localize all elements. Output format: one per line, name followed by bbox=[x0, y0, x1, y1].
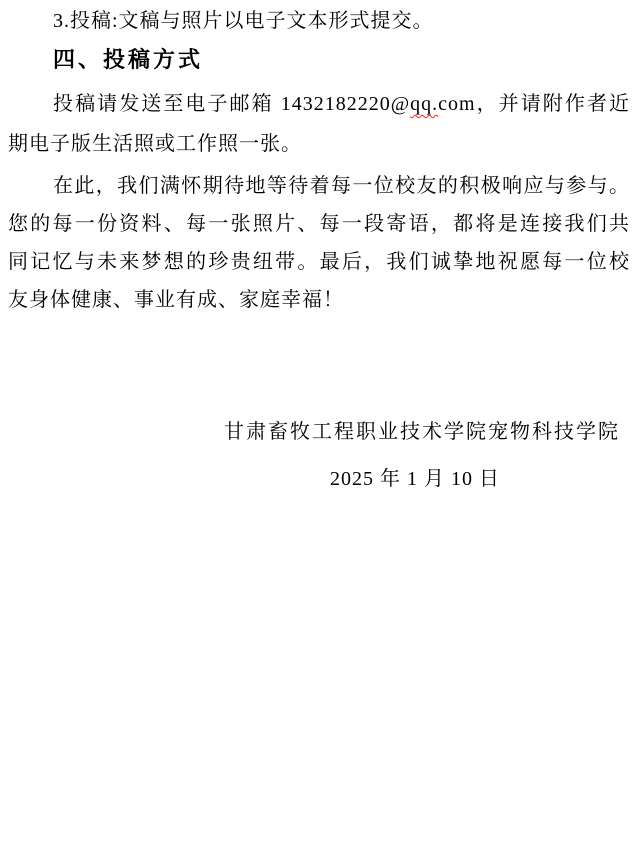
submission-paragraph-line-2: 期电子版生活照或工作照一张。 bbox=[8, 131, 630, 157]
submission-paragraph-line-1: 投稿请发送至电子邮箱 1432182220@qq.com，并请附作者近 bbox=[8, 91, 630, 117]
submission-text-after-email-domain: com，并请附作者近 bbox=[438, 93, 630, 115]
submission-text-before-email-domain: 投稿请发送至电子邮箱 1432182220@ bbox=[53, 93, 410, 115]
spellcheck-flagged-email-domain: qq. bbox=[410, 93, 438, 115]
closing-paragraph-line-2: 您的每一份资料、每一张照片、每一段寄语，都将是连接我们共 bbox=[8, 211, 630, 237]
signature-organization: 甘肃畜牧工程职业技术学院宠物科技学院 bbox=[8, 419, 620, 445]
signature-date: 2025 年 1 月 10 日 bbox=[191, 466, 639, 492]
closing-paragraph-line-3: 同记忆与未来梦想的珍贵纽带。最后，我们诚挚地祝愿每一位校 bbox=[8, 249, 630, 275]
closing-paragraph-line-1: 在此，我们满怀期待地等待着每一位校友的积极响应与参与。 bbox=[8, 173, 630, 199]
list-item-3: 3.投稿:文稿与照片以电子文本形式提交。 bbox=[8, 8, 630, 34]
document-page: 3.投稿:文稿与照片以电子文本形式提交。 四、投稿方式 投稿请发送至电子邮箱 1… bbox=[0, 0, 639, 848]
section-heading-submission-method: 四、投稿方式 bbox=[8, 47, 630, 73]
closing-paragraph-line-4: 友身体健康、事业有成、家庭幸福！ bbox=[8, 287, 630, 313]
